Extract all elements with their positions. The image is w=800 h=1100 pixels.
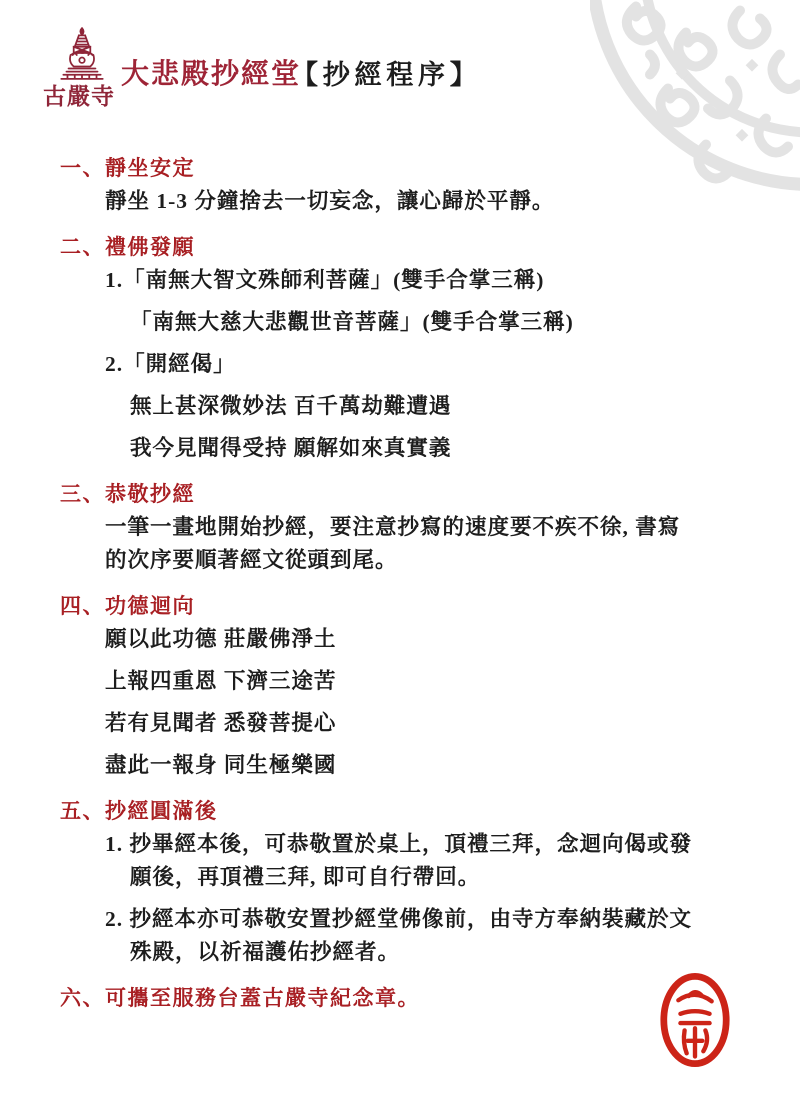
temple-seal-stamp	[653, 968, 737, 1072]
section-line: 無上甚深微妙法 百千萬劫難遭遇	[130, 390, 760, 423]
document-page: 古嚴寺 大悲殿抄經堂 【 抄 經 程 序 】 一、靜坐安定靜坐 1-3 分鐘捨去…	[0, 0, 800, 1100]
section-heading: 四、功德迴向	[60, 590, 760, 623]
section-heading: 三、恭敬抄經	[60, 478, 760, 511]
section-line: 1.「南無大智文殊師利菩薩」(雙手合掌三稱)	[105, 264, 760, 297]
pagoda-icon	[56, 26, 108, 82]
section-line: 我今見聞得受持 願解如來真實義	[130, 432, 760, 465]
section: 一、靜坐安定靜坐 1-3 分鐘捨去一切妄念，讓心歸於平靜。	[60, 152, 760, 218]
section-line: 一筆一畫地開始抄經，要注意抄寫的速度要不疾不徐, 書寫	[105, 511, 760, 544]
section: 三、恭敬抄經一筆一畫地開始抄經，要注意抄寫的速度要不疾不徐, 書寫的次序要順著經…	[60, 478, 760, 577]
section-line: 殊殿，以祈福護佑抄經者。	[130, 936, 760, 969]
section-line: 盡此一報身 同生極樂國	[105, 749, 760, 782]
section-line: 願後，再頂禮三拜, 即可自行帶回。	[130, 861, 760, 894]
section-heading: 一、靜坐安定	[60, 152, 760, 185]
section-line: 靜坐 1-3 分鐘捨去一切妄念，讓心歸於平靜。	[105, 185, 760, 218]
section-line: 上報四重恩 下濟三途苦	[105, 665, 760, 698]
section: 五、抄經圓滿後1. 抄畢經本後，可恭敬置於桌上，頂禮三拜，念迴向偈或發願後，再頂…	[60, 795, 760, 969]
section-heading: 二、禮佛發願	[60, 231, 760, 264]
hall-title: 大悲殿抄經堂	[121, 52, 301, 92]
section-line: 1. 抄畢經本後，可恭敬置於桌上，頂禮三拜，念迴向偈或發	[105, 828, 760, 861]
section-line: 願以此功德 莊嚴佛淨土	[105, 623, 760, 656]
page-title: 【 抄 經 程 序 】	[291, 53, 478, 92]
section-line: 的次序要順著經文從頭到尾。	[105, 544, 760, 577]
section: 四、功德迴向願以此功德 莊嚴佛淨土上報四重恩 下濟三途苦若有見聞者 悉發菩提心盡…	[60, 590, 760, 782]
section-line: 2.「開經偈」	[105, 348, 760, 381]
section-line: 2. 抄經本亦可恭敬安置抄經堂佛像前，由寺方奉納裝藏於文	[105, 903, 760, 936]
section: 二、禮佛發願1.「南無大智文殊師利菩薩」(雙手合掌三稱)「南無大慈大悲觀世音菩薩…	[60, 231, 760, 465]
section-line: 若有見聞者 悉發菩提心	[105, 707, 760, 740]
temple-name: 古嚴寺	[43, 78, 123, 111]
section-line: 「南無大慈大悲觀世音菩薩」(雙手合掌三稱)	[130, 306, 760, 339]
section-heading: 五、抄經圓滿後	[60, 795, 760, 828]
instruction-sections: 一、靜坐安定靜坐 1-3 分鐘捨去一切妄念，讓心歸於平靜。二、禮佛發願1.「南無…	[60, 152, 760, 1028]
